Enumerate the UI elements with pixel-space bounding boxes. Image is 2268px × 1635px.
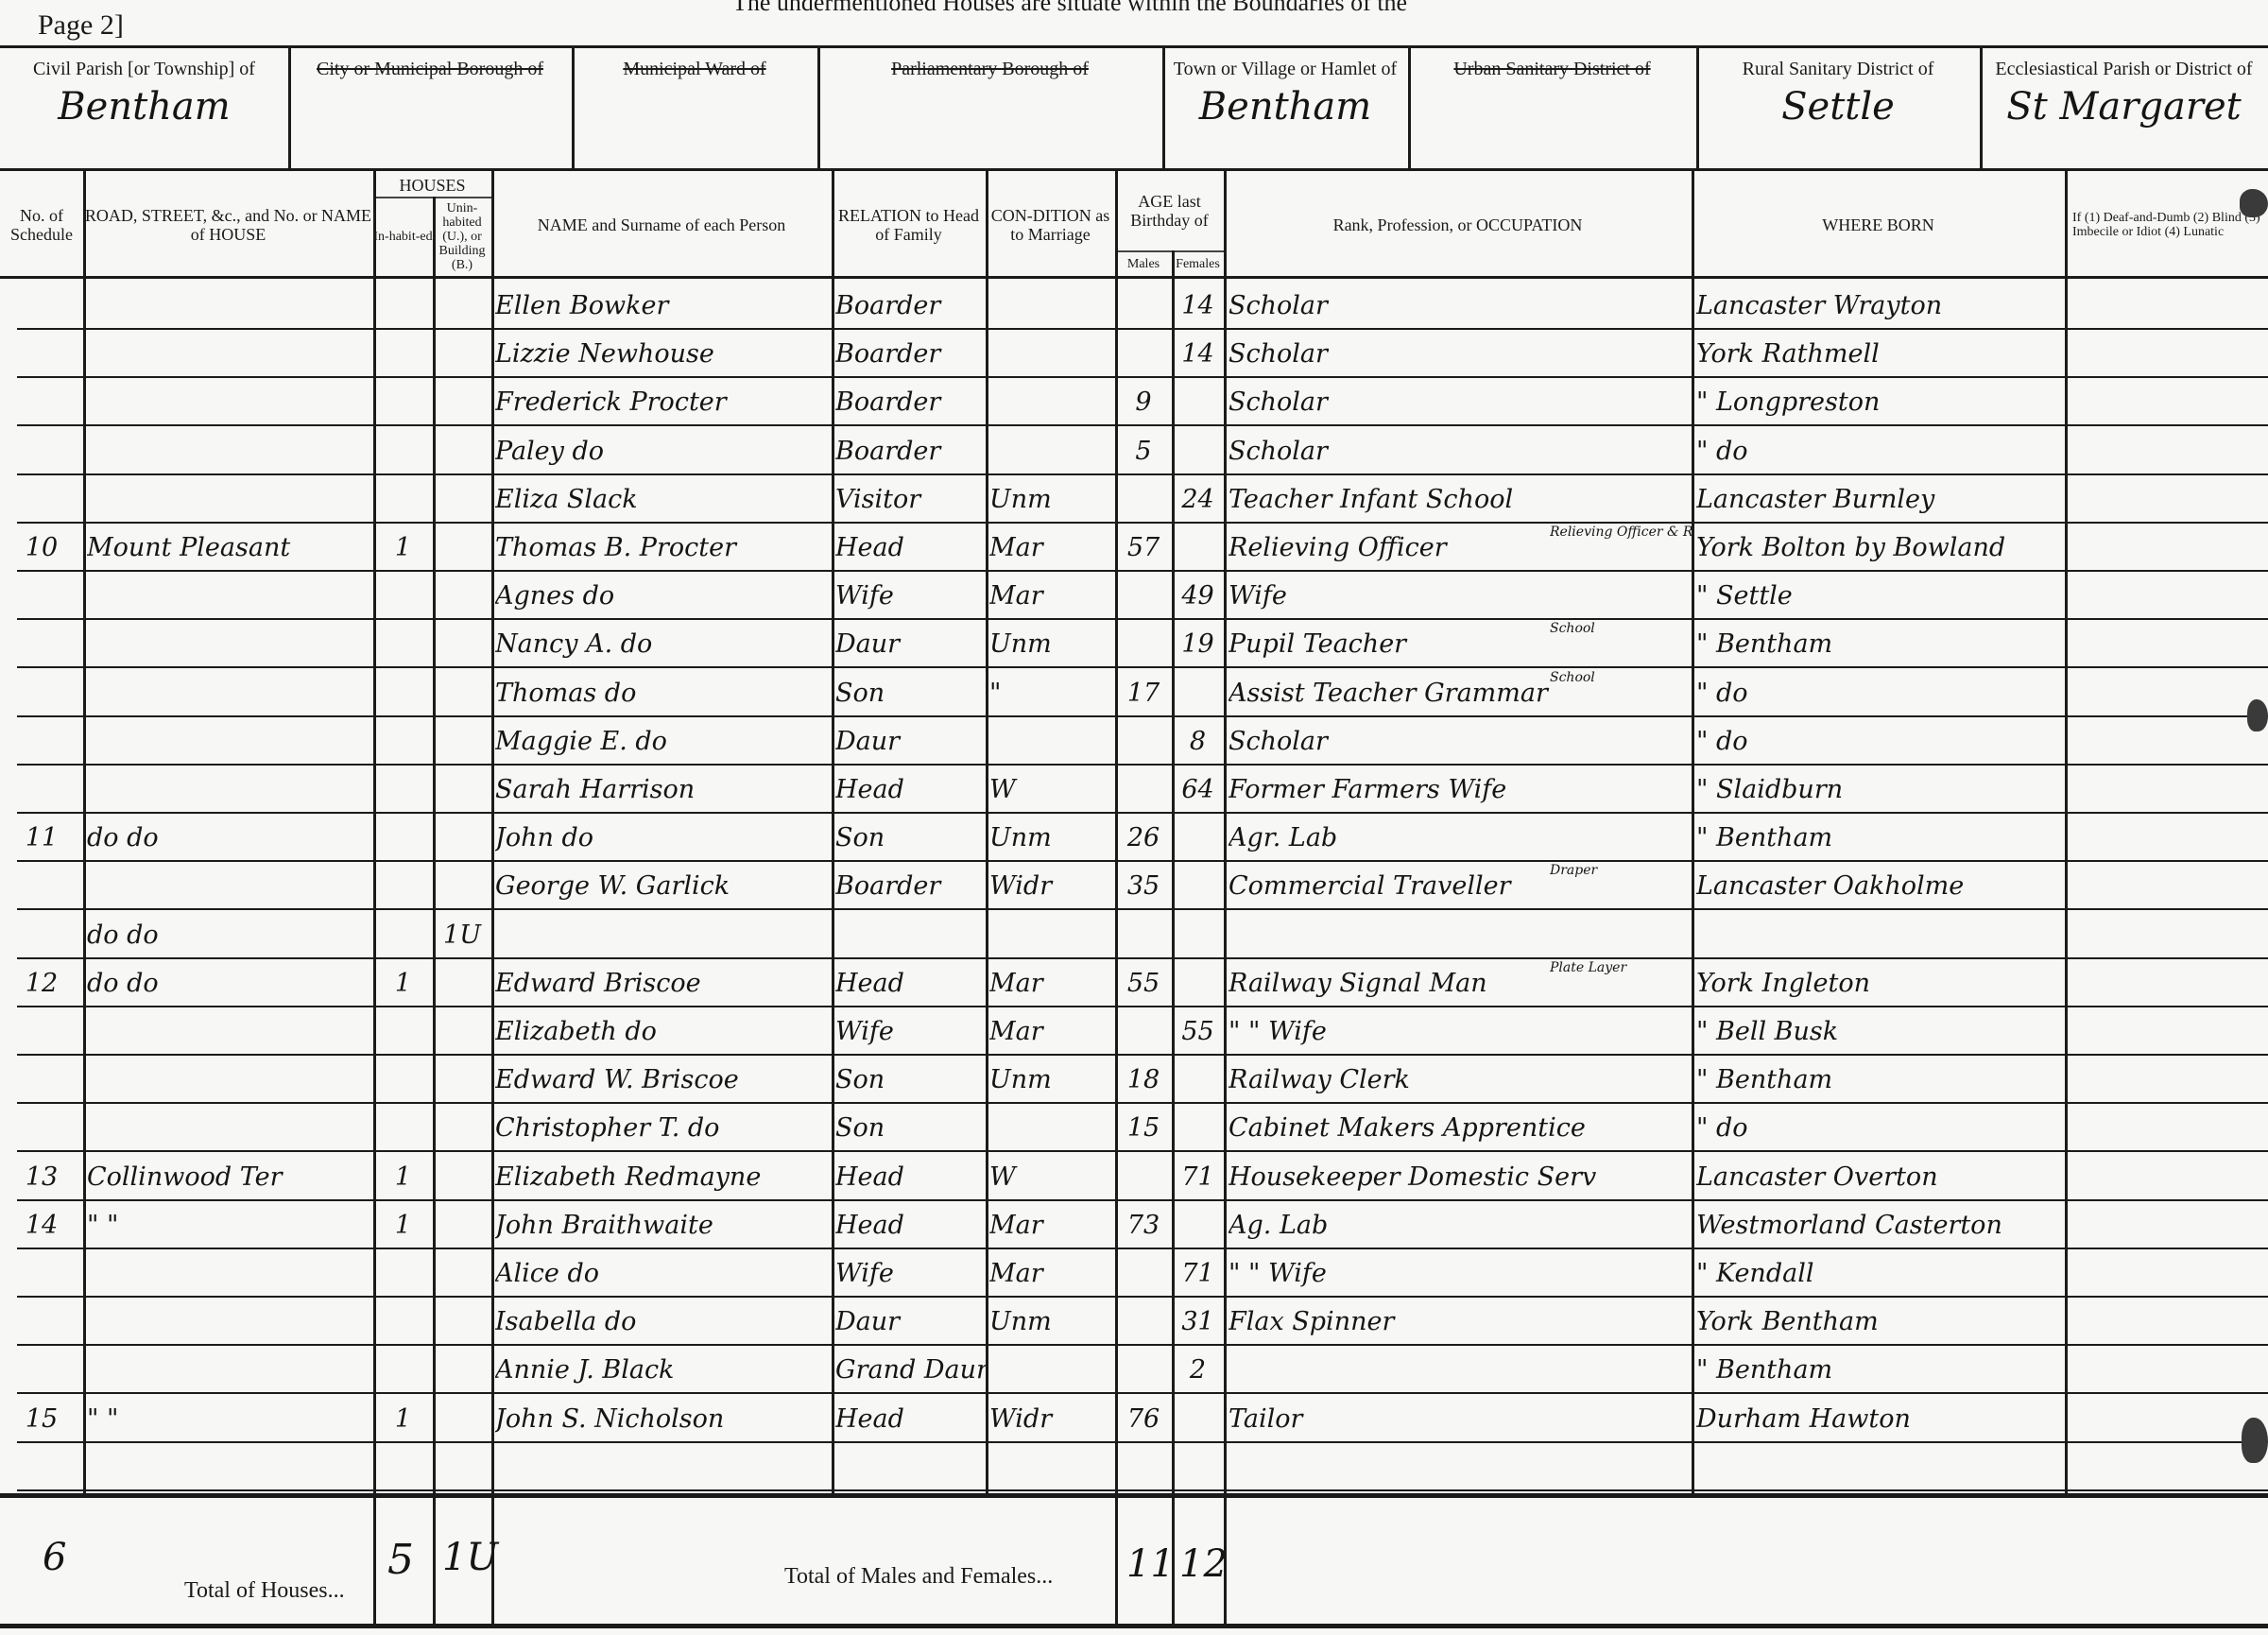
cell-born: " Bentham <box>1696 814 2065 862</box>
col-uninhabited: Unin-habited (U.), or Building (B.) <box>433 198 491 274</box>
cell-inh <box>373 814 433 862</box>
cell-relation: Boarder <box>835 862 986 910</box>
cell-road <box>87 1104 370 1152</box>
cell-male <box>1115 1443 1172 1491</box>
cell-female: 31 <box>1172 1298 1224 1346</box>
table-row: Edward W. BriscoeSonUnm18Railway Clerk" … <box>0 1056 2268 1104</box>
cell-relation: Boarder <box>835 427 986 475</box>
cell-road <box>87 717 370 766</box>
cell-born: " Bentham <box>1696 1346 2065 1394</box>
cell-condition <box>989 911 1115 959</box>
col-where-born: WHERE BORN <box>1692 175 2065 274</box>
table-row: Agnes doWifeMar49Wife" Settle <box>0 572 2268 620</box>
cell-schedule <box>0 475 83 524</box>
cell-occupation: Scholar <box>1228 330 1692 378</box>
cell-uninh <box>433 620 491 668</box>
cell-female: 71 <box>1172 1153 1224 1201</box>
cell-name: Agnes do <box>495 572 832 620</box>
cell-uninh: 1U <box>433 911 491 959</box>
cell-occupation: " " Wife <box>1228 1007 1692 1056</box>
table-row: Sarah HarrisonHeadW64Former Farmers Wife… <box>0 766 2268 814</box>
col-schedule: No. of Schedule <box>0 175 83 274</box>
cell-female <box>1172 427 1224 475</box>
cell-male: 26 <box>1115 814 1172 862</box>
cell-inh: 1 <box>373 1395 433 1443</box>
cell-schedule <box>0 378 83 426</box>
cell-female <box>1172 669 1224 717</box>
table-row: Christopher T. doSon15Cabinet Makers App… <box>0 1104 2268 1152</box>
col-infirmity: If (1) Deaf-and-Dumb (2) Blind (3) Imbec… <box>2065 175 2268 274</box>
cell-born: " Kendall <box>1696 1249 2065 1298</box>
cell-schedule <box>0 1007 83 1056</box>
cell-occupation: Flax Spinner <box>1228 1298 1692 1346</box>
cell-male <box>1115 282 1172 330</box>
cell-road <box>87 669 370 717</box>
cell-name <box>495 911 832 959</box>
cell-schedule <box>0 1056 83 1104</box>
cell-relation: Visitor <box>835 475 986 524</box>
cell-inh <box>373 1443 433 1491</box>
cell-condition: Unm <box>989 620 1115 668</box>
cell-male <box>1115 1298 1172 1346</box>
cell-occupation: " " Wife <box>1228 1249 1692 1298</box>
table-row: do do1U <box>0 911 2268 959</box>
cell-uninh <box>433 282 491 330</box>
cell-schedule <box>0 282 83 330</box>
cell-occupation-note: Plate Layer <box>1550 961 1692 976</box>
cell-condition: Mar <box>989 1249 1115 1298</box>
total-females: 12 <box>1179 1542 1228 1586</box>
cell-relation: Son <box>835 814 986 862</box>
table-row <box>0 1443 2268 1491</box>
cell-road <box>87 1249 370 1298</box>
cell-occupation: Wife <box>1228 572 1692 620</box>
cell-born: York Ingleton <box>1696 959 2065 1007</box>
col-condition: CON-DITION as to Marriage <box>986 175 1115 274</box>
cell-inh: 1 <box>373 959 433 1007</box>
cell-female: 64 <box>1172 766 1224 814</box>
cell-uninh <box>433 1104 491 1152</box>
cell-born: Westmorland Casterton <box>1696 1201 2065 1249</box>
cell-relation: Head <box>835 1201 986 1249</box>
page-heading: The undermentioned Houses are situate wi… <box>732 0 1407 17</box>
cell-name: John Braithwaite <box>495 1201 832 1249</box>
col-males: Males <box>1115 252 1172 275</box>
cell-road <box>87 862 370 910</box>
cell-inh <box>373 1249 433 1298</box>
cell-uninh <box>433 669 491 717</box>
census-page: Page 2] The undermentioned Houses are si… <box>0 0 2268 1635</box>
cell-road <box>87 1056 370 1104</box>
col-inhabited: In-habit-ed <box>373 198 433 274</box>
cell-relation: Head <box>835 959 986 1007</box>
cell-relation: Wife <box>835 1007 986 1056</box>
cell-road: " " <box>87 1201 370 1249</box>
cell-uninh <box>433 524 491 572</box>
cell-road <box>87 1298 370 1346</box>
admin-urban-sanitary: Urban Sanitary District of <box>1408 49 1696 170</box>
cell-name: Elizabeth do <box>495 1007 832 1056</box>
cell-inh <box>373 282 433 330</box>
cell-born: " Slaidburn <box>1696 766 2065 814</box>
cell-condition <box>989 330 1115 378</box>
cell-born: " Bentham <box>1696 620 2065 668</box>
cell-female: 55 <box>1172 1007 1224 1056</box>
cell-born: York Rathmell <box>1696 330 2065 378</box>
cell-occupation <box>1228 1346 1692 1394</box>
col-name: NAME and Surname of each Person <box>491 175 832 274</box>
cell-female <box>1172 1443 1224 1491</box>
cell-male <box>1115 1249 1172 1298</box>
cell-female: 2 <box>1172 1346 1224 1394</box>
cell-uninh <box>433 427 491 475</box>
cell-inh <box>373 427 433 475</box>
cell-uninh <box>433 1153 491 1201</box>
cell-female <box>1172 862 1224 910</box>
cell-female: 8 <box>1172 717 1224 766</box>
cell-male: 18 <box>1115 1056 1172 1104</box>
cell-condition: Unm <box>989 814 1115 862</box>
cell-name: Frederick Procter <box>495 378 832 426</box>
cell-name: Maggie E. do <box>495 717 832 766</box>
cell-name: Thomas do <box>495 669 832 717</box>
cell-relation: Wife <box>835 1249 986 1298</box>
cell-relation: Grand Daur <box>835 1346 986 1394</box>
cell-male <box>1115 717 1172 766</box>
cell-name: Eliza Slack <box>495 475 832 524</box>
cell-relation: Son <box>835 1056 986 1104</box>
table-row: Eliza SlackVisitorUnm24Teacher Infant Sc… <box>0 475 2268 524</box>
cell-male <box>1115 911 1172 959</box>
cell-condition <box>989 717 1115 766</box>
total-persons-label: Total of Males and Females... <box>784 1564 1053 1590</box>
cell-female <box>1172 814 1224 862</box>
cell-schedule <box>0 1443 83 1491</box>
col-road: ROAD, STREET, &c., and No. or NAME of HO… <box>83 175 373 274</box>
cell-born: Lancaster Oakholme <box>1696 862 2065 910</box>
total-schedules: 6 <box>43 1536 66 1579</box>
cell-name: Isabella do <box>495 1298 832 1346</box>
admin-rural-sanitary: Rural Sanitary District of Settle <box>1696 49 1980 170</box>
cell-born: Durham Hawton <box>1696 1395 2065 1443</box>
cell-schedule <box>0 766 83 814</box>
cell-born: York Bentham <box>1696 1298 2065 1346</box>
cell-condition: Widr <box>989 1395 1115 1443</box>
cell-road <box>87 572 370 620</box>
cell-name: Annie J. Black <box>495 1346 832 1394</box>
cell-born: " do <box>1696 717 2065 766</box>
cell-born <box>1696 911 2065 959</box>
cell-inh <box>373 911 433 959</box>
cell-schedule <box>0 572 83 620</box>
cell-female <box>1172 1201 1224 1249</box>
cell-road: Collinwood Ter <box>87 1153 370 1201</box>
cell-occupation: Scholar <box>1228 378 1692 426</box>
cell-inh <box>373 766 433 814</box>
ink-blot <box>2242 1418 2268 1463</box>
cell-occupation: Agr. Lab <box>1228 814 1692 862</box>
cell-born <box>1696 1443 2065 1491</box>
cell-born: " Longpreston <box>1696 378 2065 426</box>
cell-male <box>1115 1346 1172 1394</box>
cell-road <box>87 1007 370 1056</box>
cell-male <box>1115 1153 1172 1201</box>
col-relation: RELATION to Head of Family <box>832 175 986 274</box>
cell-name: Edward Briscoe <box>495 959 832 1007</box>
admin-municipal-borough: City or Municipal Borough of <box>288 49 572 170</box>
cell-female <box>1172 378 1224 426</box>
cell-born: " Settle <box>1696 572 2065 620</box>
cell-male <box>1115 1007 1172 1056</box>
cell-female <box>1172 959 1224 1007</box>
cell-uninh <box>433 1298 491 1346</box>
cell-name: George W. Garlick <box>495 862 832 910</box>
cell-inh: 1 <box>373 1201 433 1249</box>
cell-male <box>1115 620 1172 668</box>
cell-female <box>1172 1395 1224 1443</box>
cell-schedule: 12 <box>0 959 83 1007</box>
cell-occupation <box>1228 911 1692 959</box>
cell-uninh <box>433 717 491 766</box>
cell-road <box>87 475 370 524</box>
admin-municipal-ward: Municipal Ward of <box>572 49 817 170</box>
admin-civil-parish: Civil Parish [or Township] of Bentham <box>0 49 288 170</box>
cell-relation: Boarder <box>835 378 986 426</box>
cell-inh <box>373 572 433 620</box>
cell-born: " do <box>1696 427 2065 475</box>
cell-uninh <box>433 1007 491 1056</box>
cell-occupation: Ag. Lab <box>1228 1201 1692 1249</box>
cell-name: Edward W. Briscoe <box>495 1056 832 1104</box>
table-row: 12do do1Edward BriscoeHeadMar55Railway S… <box>0 959 2268 1007</box>
cell-schedule: 15 <box>0 1395 83 1443</box>
cell-uninh <box>433 378 491 426</box>
table-row: Isabella doDaurUnm31Flax SpinnerYork Ben… <box>0 1298 2268 1346</box>
table-row: Frederick ProcterBoarder9Scholar" Longpr… <box>0 378 2268 426</box>
table-row: 15" "1John S. NicholsonHeadWidr76TailorD… <box>0 1395 2268 1443</box>
total-inhabited: 5 <box>387 1536 414 1584</box>
cell-name: Elizabeth Redmayne <box>495 1153 832 1201</box>
table-row: Lizzie NewhouseBoarder14ScholarYork Rath… <box>0 330 2268 378</box>
cell-schedule <box>0 669 83 717</box>
total-uninhabited: 1U <box>442 1536 498 1579</box>
cell-female <box>1172 911 1224 959</box>
cell-condition <box>989 378 1115 426</box>
cell-condition: Mar <box>989 959 1115 1007</box>
cell-born: " do <box>1696 1104 2065 1152</box>
cell-occupation: Former Farmers Wife <box>1228 766 1692 814</box>
table-row: Maggie E. doDaur8Scholar" do <box>0 717 2268 766</box>
table-row: Nancy A. doDaurUnm19Pupil Teacher" Benth… <box>0 620 2268 668</box>
cell-female: 14 <box>1172 330 1224 378</box>
cell-schedule <box>0 1249 83 1298</box>
table-row: Paley doBoarder5Scholar" do <box>0 427 2268 475</box>
cell-male: 5 <box>1115 427 1172 475</box>
cell-relation: Boarder <box>835 282 986 330</box>
cell-road <box>87 427 370 475</box>
cell-uninh <box>433 330 491 378</box>
cell-male: 73 <box>1115 1201 1172 1249</box>
cell-condition: Widr <box>989 862 1115 910</box>
cell-male <box>1115 766 1172 814</box>
cell-relation: Head <box>835 1395 986 1443</box>
cell-inh <box>373 1298 433 1346</box>
cell-occupation: Scholar <box>1228 427 1692 475</box>
col-occupation: Rank, Profession, or OCCUPATION <box>1224 175 1692 274</box>
cell-occupation: Tailor <box>1228 1395 1692 1443</box>
cell-condition: " <box>989 669 1115 717</box>
cell-inh <box>373 1007 433 1056</box>
cell-uninh <box>433 1201 491 1249</box>
cell-name: Paley do <box>495 427 832 475</box>
cell-born: " Bentham <box>1696 1056 2065 1104</box>
cell-road: " " <box>87 1395 370 1443</box>
cell-inh <box>373 862 433 910</box>
cell-born: " do <box>1696 669 2065 717</box>
cell-schedule <box>0 1298 83 1346</box>
cell-condition: W <box>989 1153 1115 1201</box>
cell-condition <box>989 1104 1115 1152</box>
page-number: Page 2] <box>38 9 124 42</box>
cell-female: 49 <box>1172 572 1224 620</box>
table-row: Ellen BowkerBoarder14ScholarLancaster Wr… <box>0 282 2268 330</box>
cell-uninh <box>433 1346 491 1394</box>
cell-uninh <box>433 814 491 862</box>
table-row: 10Mount Pleasant1Thomas B. ProcterHeadMa… <box>0 524 2268 572</box>
cell-condition: Mar <box>989 524 1115 572</box>
cell-female <box>1172 1056 1224 1104</box>
cell-female: 24 <box>1172 475 1224 524</box>
cell-relation: Wife <box>835 572 986 620</box>
table-row: Elizabeth doWifeMar55" " Wife" Bell Busk <box>0 1007 2268 1056</box>
cell-condition: Mar <box>989 1201 1115 1249</box>
cell-uninh <box>433 959 491 1007</box>
cell-inh <box>373 378 433 426</box>
cell-uninh <box>433 862 491 910</box>
cell-relation <box>835 911 986 959</box>
table-row: 13Collinwood Ter1Elizabeth RedmayneHeadW… <box>0 1153 2268 1201</box>
cell-female: 71 <box>1172 1249 1224 1298</box>
cell-road: do do <box>87 814 370 862</box>
cell-female: 19 <box>1172 620 1224 668</box>
cell-relation: Son <box>835 669 986 717</box>
cell-road <box>87 1346 370 1394</box>
cell-born: Lancaster Burnley <box>1696 475 2065 524</box>
cell-uninh <box>433 1249 491 1298</box>
cell-condition <box>989 1346 1115 1394</box>
cell-condition: Unm <box>989 1056 1115 1104</box>
cell-occupation-note: School <box>1550 671 1692 686</box>
cell-relation: Daur <box>835 620 986 668</box>
table-row: 11do doJohn doSonUnm26Agr. Lab" Bentham <box>0 814 2268 862</box>
cell-inh <box>373 1056 433 1104</box>
cell-uninh <box>433 572 491 620</box>
cell-born: Lancaster Wrayton <box>1696 282 2065 330</box>
cell-name: Nancy A. do <box>495 620 832 668</box>
cell-inh <box>373 669 433 717</box>
table-row: 14" "1John BraithwaiteHeadMar73Ag. LabWe… <box>0 1201 2268 1249</box>
cell-occupation: Cabinet Makers Apprentice <box>1228 1104 1692 1152</box>
cell-uninh <box>433 1443 491 1491</box>
cell-condition <box>989 427 1115 475</box>
admin-town-village: Town or Village or Hamlet of Bentham <box>1162 49 1408 170</box>
cell-name: John do <box>495 814 832 862</box>
cell-relation <box>835 1443 986 1491</box>
cell-condition: Mar <box>989 572 1115 620</box>
cell-male: 76 <box>1115 1395 1172 1443</box>
cell-male <box>1115 475 1172 524</box>
cell-occupation-note: Draper <box>1550 864 1692 879</box>
cell-male: 55 <box>1115 959 1172 1007</box>
cell-inh: 1 <box>373 524 433 572</box>
cell-name: Christopher T. do <box>495 1104 832 1152</box>
admin-ecclesiastical: Ecclesiastical Parish or District of St … <box>1980 49 2268 170</box>
cell-uninh <box>433 1395 491 1443</box>
cell-name: Ellen Bowker <box>495 282 832 330</box>
cell-schedule <box>0 717 83 766</box>
col-houses: HOUSES <box>373 175 491 196</box>
cell-condition: Unm <box>989 475 1115 524</box>
cell-road: do do <box>87 959 370 1007</box>
cell-schedule: 11 <box>0 814 83 862</box>
cell-male <box>1115 572 1172 620</box>
cell-road <box>87 620 370 668</box>
cell-road: do do <box>87 911 370 959</box>
cell-name: John S. Nicholson <box>495 1395 832 1443</box>
cell-inh <box>373 620 433 668</box>
cell-schedule <box>0 911 83 959</box>
cell-schedule <box>0 620 83 668</box>
cell-born: " Bell Busk <box>1696 1007 2065 1056</box>
cell-male: 15 <box>1115 1104 1172 1152</box>
cell-road <box>87 282 370 330</box>
cell-female <box>1172 524 1224 572</box>
cell-occupation: Scholar <box>1228 717 1692 766</box>
cell-inh <box>373 1346 433 1394</box>
cell-uninh <box>433 475 491 524</box>
ink-blot <box>2247 699 2268 731</box>
cell-occupation: Scholar <box>1228 282 1692 330</box>
cell-occupation: Housekeeper Domestic Serv <box>1228 1153 1692 1201</box>
cell-relation: Daur <box>835 1298 986 1346</box>
admin-parliamentary-borough: Parliamentary Borough of <box>817 49 1162 170</box>
cell-relation: Head <box>835 524 986 572</box>
cell-inh <box>373 475 433 524</box>
cell-uninh <box>433 1056 491 1104</box>
cell-condition: Mar <box>989 1007 1115 1056</box>
cell-schedule: 14 <box>0 1201 83 1249</box>
cell-relation: Boarder <box>835 330 986 378</box>
cell-male: 35 <box>1115 862 1172 910</box>
cell-road: Mount Pleasant <box>87 524 370 572</box>
cell-occupation-note: School <box>1550 622 1692 637</box>
cell-condition <box>989 282 1115 330</box>
cell-inh <box>373 717 433 766</box>
cell-name <box>495 1443 832 1491</box>
total-houses-label: Total of Houses... <box>184 1578 345 1604</box>
table-row: Annie J. BlackGrand Daur2" Bentham <box>0 1346 2268 1394</box>
cell-condition <box>989 1443 1115 1491</box>
cell-schedule: 10 <box>0 524 83 572</box>
cell-name: Lizzie Newhouse <box>495 330 832 378</box>
cell-schedule <box>0 330 83 378</box>
cell-relation: Daur <box>835 717 986 766</box>
table-row: George W. GarlickBoarderWidr35Commercial… <box>0 862 2268 910</box>
total-males: 11 <box>1126 1542 1175 1586</box>
cell-female: 14 <box>1172 282 1224 330</box>
cell-schedule <box>0 427 83 475</box>
cell-condition: Unm <box>989 1298 1115 1346</box>
